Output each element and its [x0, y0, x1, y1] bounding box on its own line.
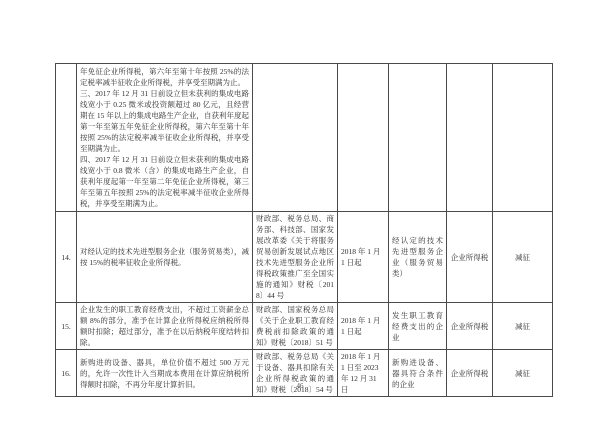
- row-number-cell: 14.: [56, 212, 77, 303]
- policy-content-cell: 年免征企业所得税，第六年至第十年按照 25%的法定税率减半征收企业所得税，并享受…: [77, 64, 253, 212]
- tax-category-cell: 企业所得税: [447, 303, 493, 350]
- beneficiary-cell: 发生职工教育经费支出的企业: [389, 303, 447, 350]
- beneficiary-cell: [389, 64, 447, 212]
- tax-category-cell: [447, 64, 493, 212]
- policy-basis-cell: 财政部、国家税务总局《关于企业职工教育经费税前扣除政策的通知》财税〔2018〕5…: [253, 303, 338, 350]
- policy-basis-cell: [253, 64, 338, 212]
- policy-basis-cell: 财政部、税务总局、商务部、科技部、国家发展改革委《关于将服务贸易创新发展试点地区…: [253, 212, 338, 303]
- tax-policy-table: 年免征企业所得税，第六年至第十年按照 25%的法定税率减半征收企业所得税，并享受…: [55, 63, 553, 397]
- effective-date-cell: 2018 年 1 月 1 日起: [338, 303, 389, 350]
- beneficiary-cell: 经认定的技术先进型服务企业（服务贸易类）: [389, 212, 447, 303]
- document-page: 年免征企业所得税，第六年至第十年按照 25%的法定税率减半征收企业所得税，并享受…: [0, 0, 600, 424]
- table-row-15: 15. 企业发生的职工教育经费支出，不超过工资薪金总额 8%的部分，准予在计算企…: [56, 303, 553, 350]
- policy-content-cell: 企业发生的职工教育经费支出，不超过工资薪金总额 8%的部分，准予在计算企业所得税…: [77, 303, 253, 350]
- relief-type-cell: [493, 64, 553, 212]
- effective-date-cell: 2018 年 1 月 1 日起: [338, 212, 389, 303]
- effective-date-cell: [338, 64, 389, 212]
- row-number-cell: 15.: [56, 303, 77, 350]
- relief-type-cell: 减征: [493, 303, 553, 350]
- page-number: 46: [0, 382, 600, 390]
- table-row-14: 14. 对经认定的技术先进型服务企业（服务贸易类），减按 15%的税率征收企业所…: [56, 212, 553, 303]
- relief-type-cell: 减征: [493, 212, 553, 303]
- tax-category-cell: 企业所得税: [447, 212, 493, 303]
- policy-content-cell: 对经认定的技术先进型服务企业（服务贸易类），减按 15%的税率征收企业所得税。: [77, 212, 253, 303]
- row-number-cell: [56, 64, 77, 212]
- table-row-continuation: 年免征企业所得税，第六年至第十年按照 25%的法定税率减半征收企业所得税，并享受…: [56, 64, 553, 212]
